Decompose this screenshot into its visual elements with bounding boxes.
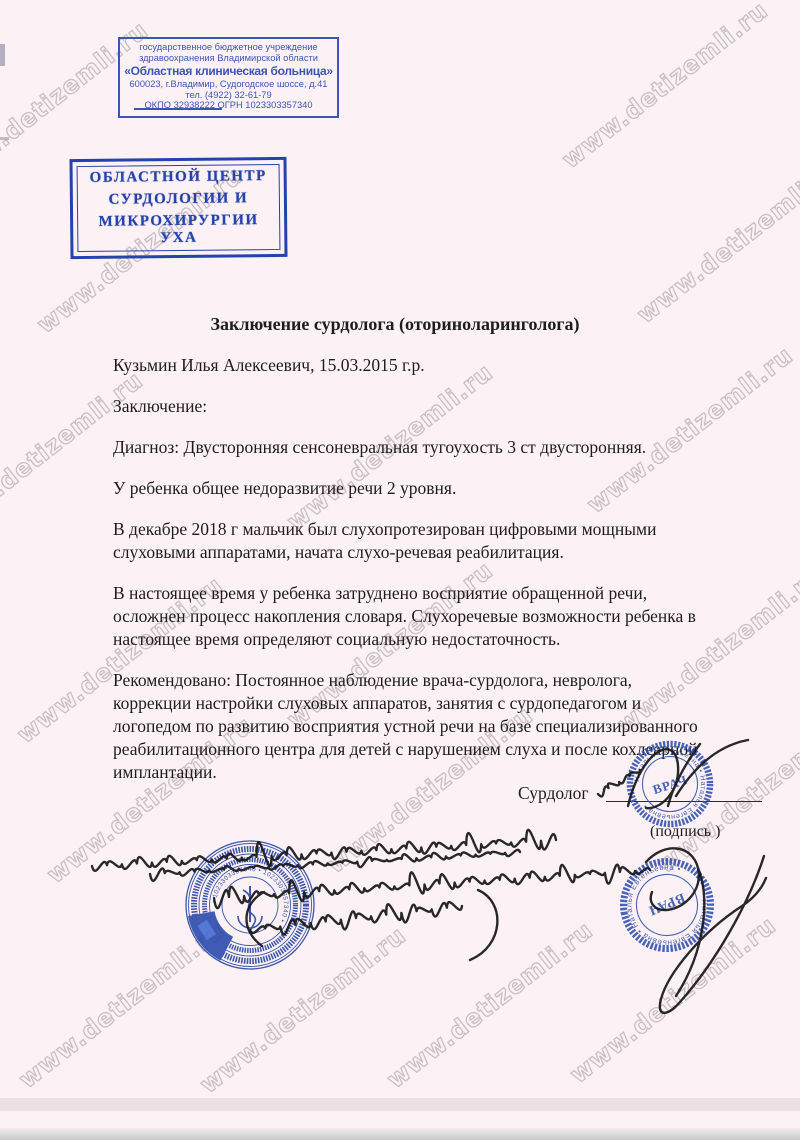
hospital-header-stamp: государственное бюджетное учреждение здр…	[118, 37, 339, 118]
stamp-center-text: ВРАЧ	[646, 889, 687, 917]
signature-role-label: Сурдолог	[518, 783, 589, 804]
stamp-line: государственное бюджетное учреждение	[120, 42, 337, 53]
stamp-line: СУРДОЛОГИИ И	[78, 190, 279, 209]
ink-stroke	[470, 890, 497, 960]
ink-stroke	[92, 830, 556, 871]
stamp-hospital-name: «Областная клиническая больница»	[120, 64, 337, 78]
signature-caption: (подпись )	[650, 823, 720, 841]
official-round-seal: • 1023303357340 • 1023303357340 •	[186, 841, 314, 969]
recommendations-paragraph: Рекомендовано: Постоянное наблюдение вра…	[113, 669, 773, 784]
scan-bottom-edge	[0, 1128, 800, 1140]
scan-edge-artifact	[0, 44, 5, 66]
stamp-line: ОБЛАСТНОЙ ЦЕНТР	[78, 168, 279, 187]
scan-edge-artifact	[0, 137, 9, 140]
ink-stroke	[150, 850, 520, 881]
ink-stroke	[250, 902, 462, 934]
svg-text:• 1023303357340 • 10233033573: • 1023303357340 • 1023303357340 •	[211, 866, 289, 924]
surdology-center-stamp: ОБЛАСТНОЙ ЦЕНТР СУРДОЛОГИИ И МИКРОХИРУРГ…	[69, 157, 287, 259]
watermark-text: www.detizemli.ru	[632, 151, 800, 329]
scanned-document-page: www.detizemli.ruwww.detizemli.ruwww.deti…	[0, 0, 800, 1140]
seal-rim-text: • 1023303357340 • 1023303357340 •	[211, 866, 289, 924]
watermark-text: www.detizemli.ru	[382, 916, 599, 1094]
ink-stroke	[214, 865, 650, 909]
svg-text:Наталья Евгеньевна • Наталья: Наталья Евгеньевна • Наталья Евгеньевна …	[617, 855, 718, 956]
current-state-paragraph: В настоящее время у ребенка затруднено в…	[113, 582, 773, 651]
stamp-rim-text: Наталья Евгеньевна • Наталья Евгеньевна …	[617, 855, 718, 956]
document-title: Заключение сурдолога (оториноларинголога…	[0, 314, 790, 335]
document-body: Кузьмин Илья Алексеевич, 15.03.2015 г.р.…	[113, 354, 773, 802]
ink-stroke	[246, 892, 264, 946]
history-paragraph: В декабре 2018 г мальчик был слухопротез…	[113, 518, 773, 564]
stamp-line: МИКРОХИРУРГИИ УХА	[78, 212, 279, 248]
signature-line	[606, 801, 762, 802]
patient-line: Кузьмин Илья Алексеевич, 15.03.2015 г.р.	[113, 354, 773, 377]
ink-stroke	[676, 868, 704, 996]
seal-solid-wedge	[188, 911, 233, 960]
stamp-underline-mark	[134, 108, 222, 110]
watermark-text: www.detizemli.ru	[565, 911, 782, 1089]
stamp-phone: тел. (4922) 32-61-79	[120, 90, 337, 101]
watermark-text: www.detizemli.ru	[195, 921, 412, 1099]
speech-paragraph: У ребенка общее недоразвитие речи 2 уров…	[113, 477, 773, 500]
ink-stroke	[646, 848, 699, 910]
ink-stroke	[660, 856, 766, 1013]
watermark-text: www.detizemli.ru	[557, 0, 774, 174]
watermark-text: www.detizemli.ru	[14, 916, 231, 1094]
doctor-round-stamp-bottom: Наталья Евгеньевна • Наталья Евгеньевна …	[615, 853, 718, 956]
diagnosis-paragraph: Диагноз: Двусторонняя сенсоневральная ту…	[113, 436, 773, 459]
surdology-center-stamp-inner: ОБЛАСТНОЙ ЦЕНТР СУРДОЛОГИИ И МИКРОХИРУРГ…	[77, 164, 281, 252]
scan-bottom-band	[0, 1098, 800, 1111]
stamp-line: здравоохранения Владимирской области	[120, 53, 337, 64]
stamp-address: 600023, г.Владимир, Судогодское шоссе, д…	[120, 79, 337, 90]
conclusion-heading: Заключение:	[113, 395, 773, 418]
